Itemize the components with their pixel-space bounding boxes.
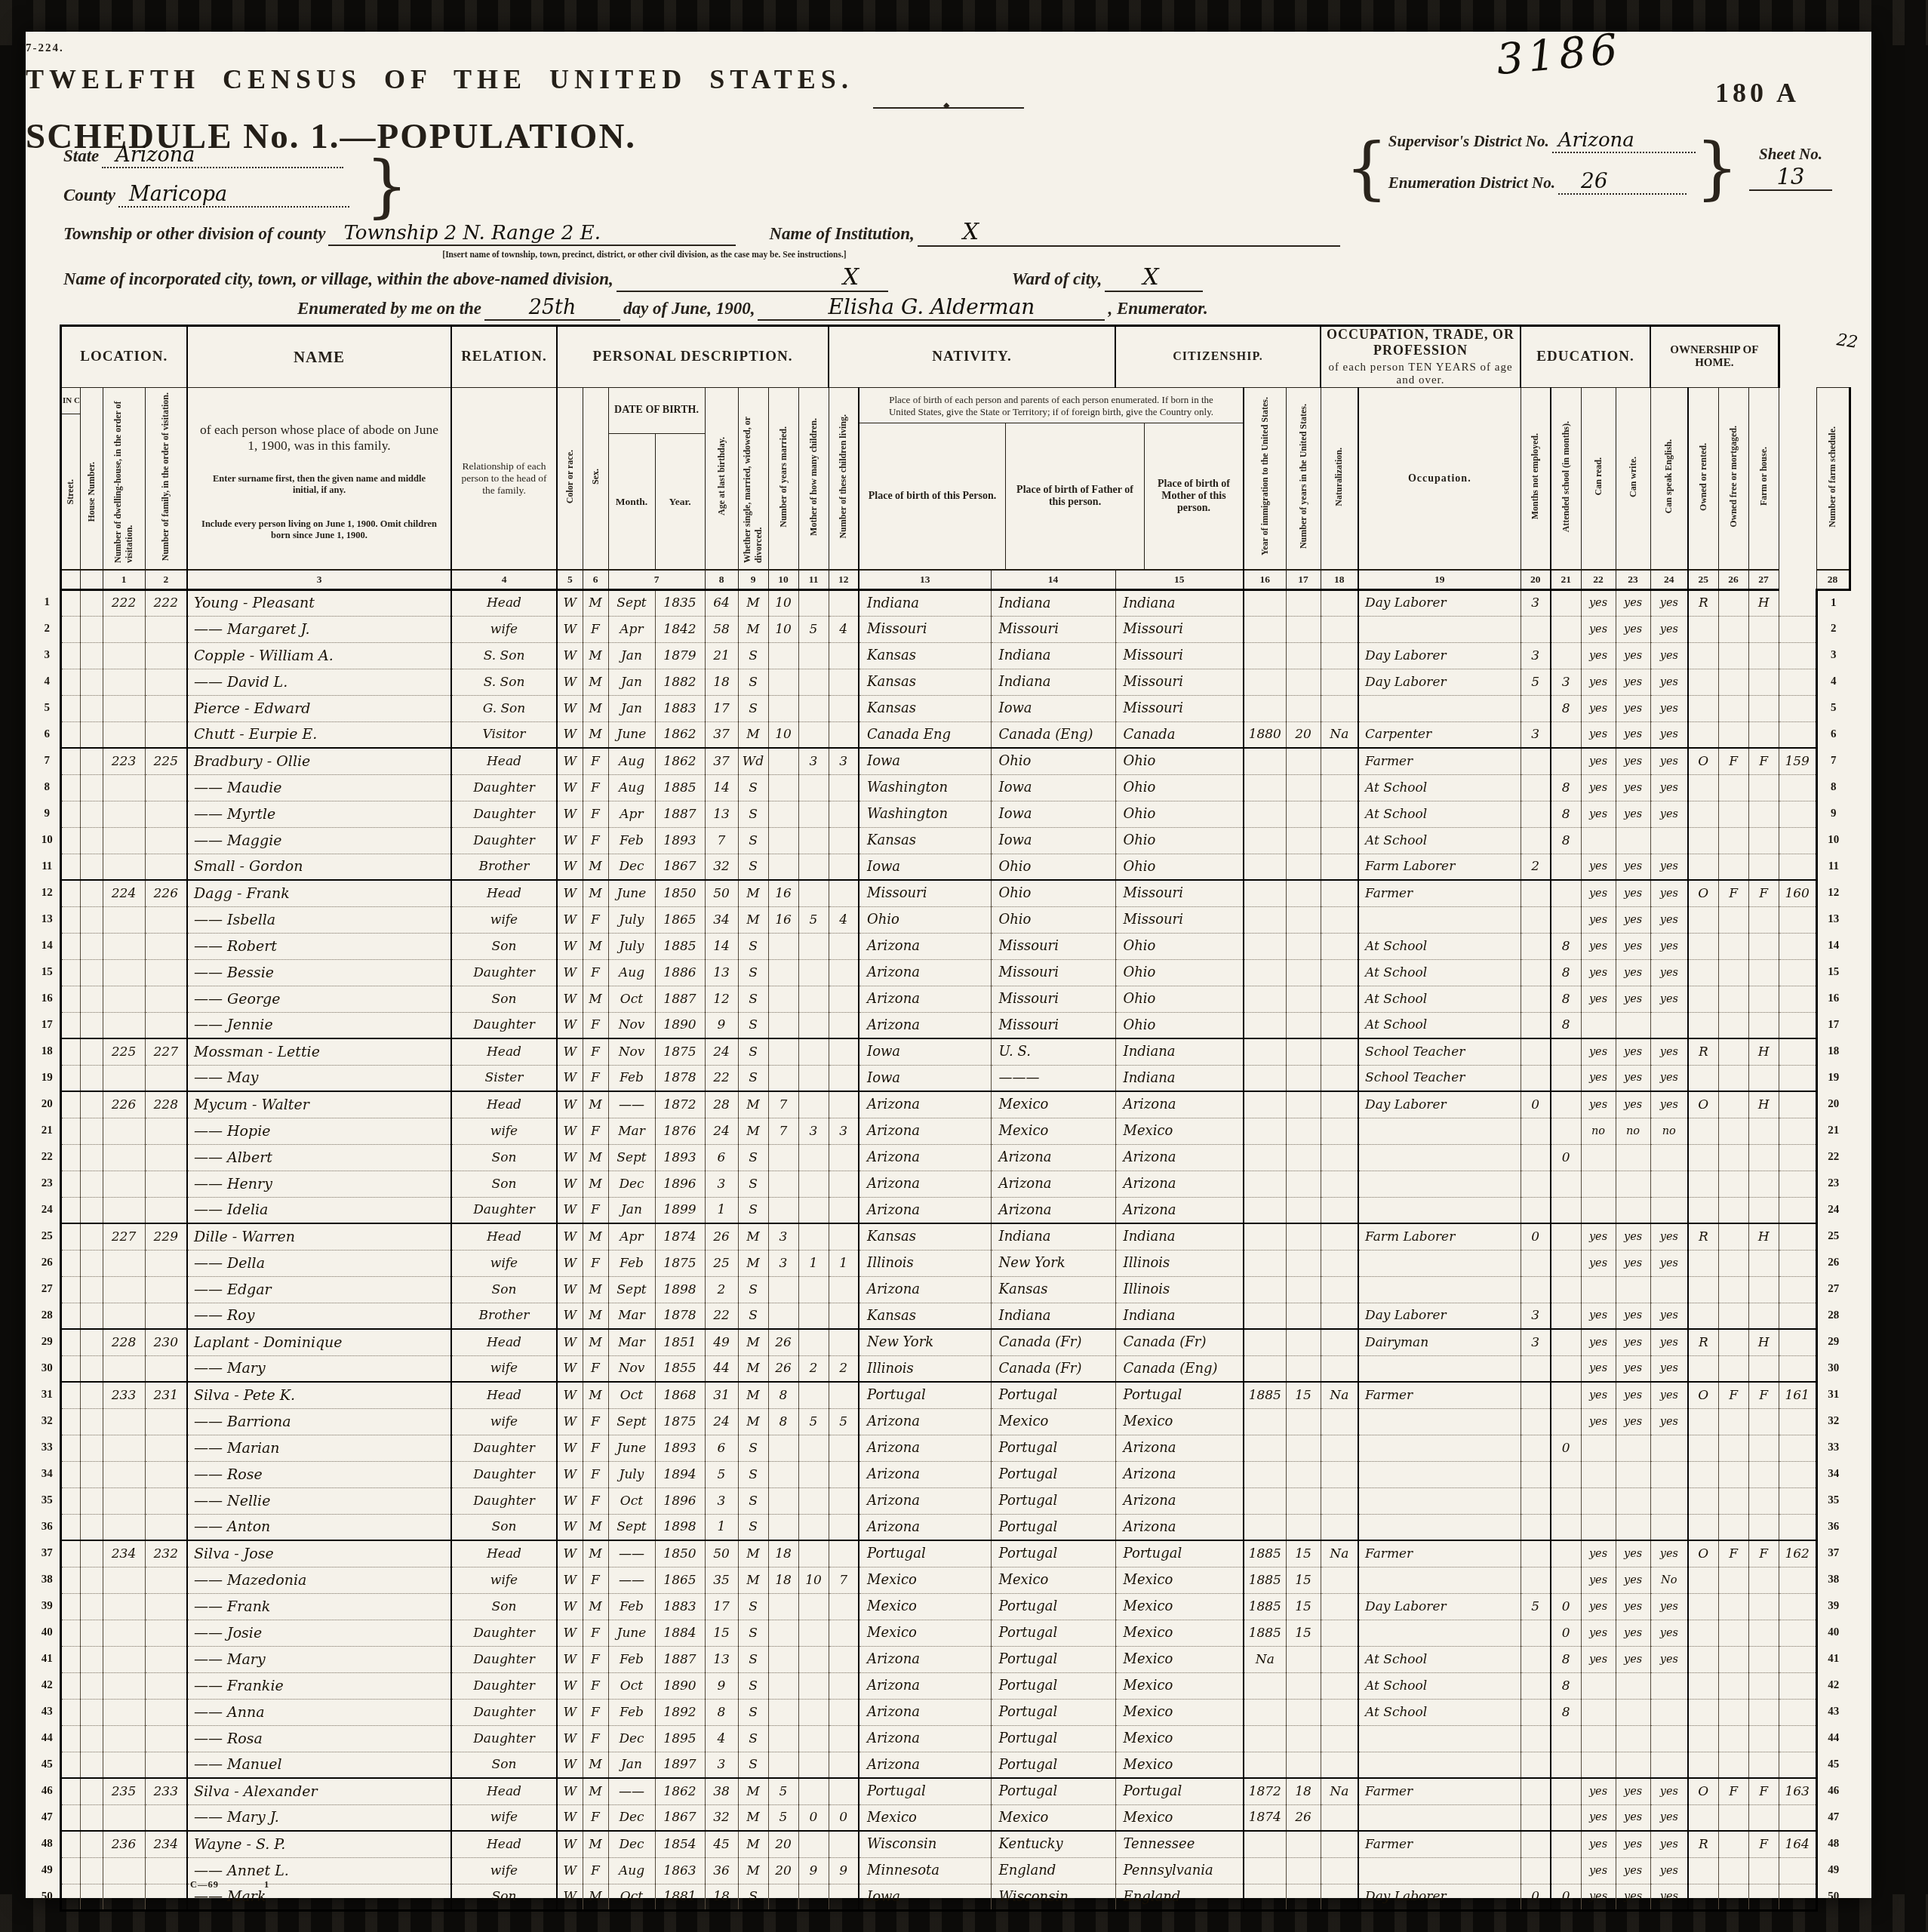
can-read-cell: yes bbox=[1581, 589, 1616, 616]
free-mortgaged-cell bbox=[1718, 1329, 1748, 1355]
farm-house-cell bbox=[1748, 1435, 1779, 1461]
mother-of-children-cell bbox=[798, 933, 829, 959]
attended-school-cell bbox=[1551, 748, 1581, 774]
mother-birthplace-cell: Missouri bbox=[1115, 616, 1244, 642]
farm-schedule-cell bbox=[1779, 1171, 1816, 1197]
free-mortgaged-cell bbox=[1718, 1065, 1748, 1091]
years-married-cell bbox=[768, 695, 798, 721]
years-in-us-cell bbox=[1286, 1672, 1321, 1699]
house-number-cell bbox=[80, 748, 103, 774]
immigration-year-cell: 1874 bbox=[1244, 1804, 1286, 1831]
occupation-cell: Carpenter bbox=[1358, 721, 1521, 748]
farm-schedule-cell bbox=[1779, 1408, 1816, 1435]
occupation-cell bbox=[1358, 1250, 1521, 1276]
birth-month-cell: Aug bbox=[608, 748, 655, 774]
relation-cell: Head bbox=[451, 589, 557, 616]
birth-month-cell: Oct bbox=[608, 1672, 655, 1699]
family-number-cell bbox=[145, 1276, 187, 1303]
street-cell bbox=[60, 1487, 80, 1514]
mother-birthplace-cell: Portugal bbox=[1115, 1778, 1244, 1804]
sex-cell: M bbox=[583, 669, 608, 695]
immigration-year-cell bbox=[1244, 1672, 1286, 1699]
sex-cell: M bbox=[583, 1514, 608, 1540]
name-cell: Copple - William A. bbox=[187, 642, 451, 669]
dwelling-number-cell bbox=[103, 1672, 145, 1699]
age-cell: 32 bbox=[705, 854, 738, 880]
family-number-cell bbox=[145, 854, 187, 880]
mother-birthplace-cell: Mexico bbox=[1115, 1567, 1244, 1593]
naturalization-cell bbox=[1321, 906, 1358, 933]
can-speak-english-cell: yes bbox=[1650, 721, 1688, 748]
sex-cell: F bbox=[583, 1118, 608, 1144]
farm-house-cell bbox=[1748, 1408, 1779, 1435]
birth-month-cell: —— bbox=[608, 1567, 655, 1593]
house-number-cell bbox=[80, 589, 103, 616]
owned-rented-cell bbox=[1688, 1567, 1718, 1593]
mother-of-children-cell bbox=[798, 1672, 829, 1699]
immigration-year-cell bbox=[1244, 906, 1286, 933]
birthplace-cell: Arizona bbox=[859, 1171, 991, 1197]
dwelling-number-cell bbox=[103, 1752, 145, 1778]
naturalization-cell bbox=[1321, 986, 1358, 1012]
street-cell bbox=[60, 1461, 80, 1487]
name-cell: —— George bbox=[187, 986, 451, 1012]
marital-status-cell: S bbox=[738, 1620, 768, 1646]
years-in-us-cell: 15 bbox=[1286, 1567, 1321, 1593]
attended-school-cell: 8 bbox=[1551, 959, 1581, 986]
attended-school-cell bbox=[1551, 1778, 1581, 1804]
immigration-year-cell bbox=[1244, 1857, 1286, 1884]
col-num-24: 24 bbox=[1650, 570, 1688, 589]
children-living-cell bbox=[829, 1725, 859, 1752]
line-number: 21 bbox=[35, 1118, 60, 1144]
occupation-cell: At School bbox=[1358, 774, 1521, 801]
free-mortgaged-cell bbox=[1718, 1197, 1748, 1223]
dwelling-number-cell: 223 bbox=[103, 748, 145, 774]
table-row: 36—— AntonSonWMSept18981SArizonaPortugal… bbox=[35, 1514, 1850, 1540]
table-row: 44—— RosaDaughterWFDec18954SArizonaPortu… bbox=[35, 1725, 1850, 1752]
attended-school-cell: 8 bbox=[1551, 933, 1581, 959]
marital-status-cell: M bbox=[738, 1223, 768, 1250]
months-not-employed-cell bbox=[1521, 1038, 1551, 1065]
years-in-us-cell bbox=[1286, 616, 1321, 642]
name-cell: —— Frankie bbox=[187, 1672, 451, 1699]
father-birthplace-cell: Arizona bbox=[991, 1171, 1115, 1197]
col-num-9: 9 bbox=[738, 570, 768, 589]
age-cell: 38 bbox=[705, 1778, 738, 1804]
col-header-street: IN CITIES. Street. bbox=[60, 388, 80, 571]
color-race-cell: W bbox=[557, 721, 583, 748]
can-read-cell: yes bbox=[1581, 695, 1616, 721]
marital-status-cell: M bbox=[738, 1540, 768, 1567]
birth-month-cell: Sept bbox=[608, 1276, 655, 1303]
children-living-cell bbox=[829, 695, 859, 721]
naturalization-cell bbox=[1321, 1276, 1358, 1303]
birth-year-cell: 1898 bbox=[655, 1514, 705, 1540]
free-mortgaged-cell bbox=[1718, 1276, 1748, 1303]
months-not-employed-cell bbox=[1521, 1355, 1551, 1382]
can-read-cell bbox=[1581, 1171, 1616, 1197]
col-group-location: LOCATION. bbox=[60, 326, 187, 388]
line-number: 3 bbox=[1816, 642, 1850, 669]
line-number: 17 bbox=[1816, 1012, 1850, 1038]
mother-birthplace-cell: Ohio bbox=[1115, 1012, 1244, 1038]
name-cell: Silva - Pete K. bbox=[187, 1382, 451, 1408]
marital-status-cell: S bbox=[738, 1065, 768, 1091]
name-cell: —— Anna bbox=[187, 1699, 451, 1725]
farm-schedule-cell bbox=[1779, 642, 1816, 669]
col-header-farm-house: Farm or house. bbox=[1748, 388, 1779, 571]
naturalization-cell bbox=[1321, 1857, 1358, 1884]
immigration-year-cell bbox=[1244, 1461, 1286, 1487]
years-in-us-cell bbox=[1286, 1091, 1321, 1118]
color-race-cell: W bbox=[557, 616, 583, 642]
birth-year-cell: 1878 bbox=[655, 1065, 705, 1091]
color-race-cell: W bbox=[557, 1171, 583, 1197]
relation-cell: Head bbox=[451, 748, 557, 774]
age-cell: 36 bbox=[705, 1857, 738, 1884]
birth-month-cell: Jan bbox=[608, 669, 655, 695]
free-mortgaged-cell bbox=[1718, 854, 1748, 880]
can-speak-english-cell bbox=[1650, 1487, 1688, 1514]
birth-year-cell: 1854 bbox=[655, 1831, 705, 1857]
color-race-cell: W bbox=[557, 1250, 583, 1276]
owned-rented-cell bbox=[1688, 616, 1718, 642]
house-number-cell bbox=[80, 1435, 103, 1461]
sex-cell: M bbox=[583, 1223, 608, 1250]
years-married-cell: 5 bbox=[768, 1804, 798, 1831]
can-speak-english-cell: yes bbox=[1650, 959, 1688, 986]
free-mortgaged-cell: F bbox=[1718, 880, 1748, 906]
months-not-employed-cell bbox=[1521, 1118, 1551, 1144]
col-num-3: 3 bbox=[187, 570, 451, 589]
years-in-us-cell bbox=[1286, 1038, 1321, 1065]
can-write-cell bbox=[1616, 1725, 1650, 1752]
city-line: Name of incorporated city, town, or vill… bbox=[63, 264, 1203, 292]
color-race-cell: W bbox=[557, 1884, 583, 1910]
immigration-year-cell bbox=[1244, 1752, 1286, 1778]
naturalization-cell bbox=[1321, 1620, 1358, 1646]
sheet-value: 13 bbox=[1777, 164, 1805, 189]
owned-rented-cell bbox=[1688, 1435, 1718, 1461]
immigration-year-cell bbox=[1244, 1435, 1286, 1461]
marital-status-cell: M bbox=[738, 589, 768, 616]
can-read-cell bbox=[1581, 1699, 1616, 1725]
marital-status-cell: M bbox=[738, 1329, 768, 1355]
table-row: 48236234Wayne - S. P.HeadWMDec185445M20W… bbox=[35, 1831, 1850, 1857]
years-married-cell bbox=[768, 1435, 798, 1461]
dwelling-number-cell bbox=[103, 721, 145, 748]
farm-house-cell bbox=[1748, 1672, 1779, 1699]
dwelling-number-cell bbox=[103, 1276, 145, 1303]
farm-schedule-cell bbox=[1779, 1091, 1816, 1118]
can-write-cell: yes bbox=[1616, 669, 1650, 695]
father-birthplace-cell: Mexico bbox=[991, 1408, 1115, 1435]
years-in-us-cell bbox=[1286, 1250, 1321, 1276]
footer-page: 1 bbox=[264, 1879, 269, 1890]
owned-rented-cell bbox=[1688, 1487, 1718, 1514]
table-row: 18225227Mossman - LettieHeadWFNov187524S… bbox=[35, 1038, 1850, 1065]
occupation-cell: Farmer bbox=[1358, 748, 1521, 774]
birth-month-cell: Jan bbox=[608, 1197, 655, 1223]
owned-rented-cell bbox=[1688, 669, 1718, 695]
can-speak-english-cell: yes bbox=[1650, 616, 1688, 642]
birth-month-cell: —— bbox=[608, 1540, 655, 1567]
free-mortgaged-cell bbox=[1718, 1567, 1748, 1593]
district-brace-left: { bbox=[1345, 128, 1388, 208]
farm-schedule-cell bbox=[1779, 669, 1816, 695]
mother-of-children-cell: 1 bbox=[798, 1250, 829, 1276]
attended-school-cell bbox=[1551, 880, 1581, 906]
street-cell bbox=[60, 1778, 80, 1804]
father-birthplace-cell: Portugal bbox=[991, 1435, 1115, 1461]
owned-rented-cell bbox=[1688, 1355, 1718, 1382]
family-number-cell bbox=[145, 1672, 187, 1699]
dwelling-number-cell: 224 bbox=[103, 880, 145, 906]
line-number: 29 bbox=[35, 1329, 60, 1355]
attended-school-cell bbox=[1551, 1276, 1581, 1303]
years-married-cell: 26 bbox=[768, 1355, 798, 1382]
line-number: 9 bbox=[1816, 801, 1850, 827]
line-number: 31 bbox=[35, 1382, 60, 1408]
col-num-25: 25 bbox=[1688, 570, 1718, 589]
father-birthplace-cell: ——— bbox=[991, 1065, 1115, 1091]
children-living-cell bbox=[829, 1620, 859, 1646]
naturalization-cell bbox=[1321, 1065, 1358, 1091]
months-not-employed-cell: 3 bbox=[1521, 1303, 1551, 1329]
relation-cell: wife bbox=[451, 1408, 557, 1435]
can-speak-english-cell bbox=[1650, 1725, 1688, 1752]
sex-cell: M bbox=[583, 1171, 608, 1197]
years-in-us-cell: 15 bbox=[1286, 1382, 1321, 1408]
owned-rented-cell bbox=[1688, 774, 1718, 801]
years-married-cell: 8 bbox=[768, 1382, 798, 1408]
sex-cell: F bbox=[583, 1408, 608, 1435]
table-row: 3Copple - William A.S. SonWMJan187921SKa… bbox=[35, 642, 1850, 669]
occupation-title: OCCUPATION, TRADE, OR PROFESSION bbox=[1324, 327, 1517, 358]
name-cell: Wayne - S. P. bbox=[187, 1831, 451, 1857]
years-married-cell: 8 bbox=[768, 1408, 798, 1435]
dwelling-number-cell bbox=[103, 959, 145, 986]
line-number: 11 bbox=[1816, 854, 1850, 880]
sex-cell: F bbox=[583, 1250, 608, 1276]
name-cell: —— Maggie bbox=[187, 827, 451, 854]
line-number: 8 bbox=[35, 774, 60, 801]
birth-month-cell: Feb bbox=[608, 827, 655, 854]
farm-schedule-cell bbox=[1779, 589, 1816, 616]
birth-year-cell: 1883 bbox=[655, 1593, 705, 1620]
years-married-cell bbox=[768, 1065, 798, 1091]
birthplace-cell: Arizona bbox=[859, 933, 991, 959]
mother-of-children-cell: 9 bbox=[798, 1857, 829, 1884]
years-in-us-cell: 15 bbox=[1286, 1593, 1321, 1620]
dwelling-number-cell bbox=[103, 774, 145, 801]
mother-of-children-cell: 5 bbox=[798, 906, 829, 933]
line-number: 33 bbox=[1816, 1435, 1850, 1461]
father-birthplace-cell: England bbox=[991, 1857, 1115, 1884]
col-header-years-married: Number of years married. bbox=[768, 388, 798, 571]
line-number: 22 bbox=[35, 1144, 60, 1171]
name-cell: —— Jennie bbox=[187, 1012, 451, 1038]
years-married-cell bbox=[768, 1699, 798, 1725]
father-birthplace-cell: Canada (Fr) bbox=[991, 1355, 1115, 1382]
sex-cell: F bbox=[583, 1620, 608, 1646]
birth-year-cell: 1867 bbox=[655, 854, 705, 880]
months-not-employed-cell: 5 bbox=[1521, 1593, 1551, 1620]
birth-month-cell: Apr bbox=[608, 801, 655, 827]
birth-month-cell: Jan bbox=[608, 695, 655, 721]
can-write-cell: yes bbox=[1616, 1408, 1650, 1435]
color-race-cell: W bbox=[557, 1487, 583, 1514]
name-cell: —— Barriona bbox=[187, 1408, 451, 1435]
marital-status-cell: S bbox=[738, 1461, 768, 1487]
children-living-cell: 5 bbox=[829, 1408, 859, 1435]
occupation-cell: Day Laborer bbox=[1358, 589, 1521, 616]
dwelling-number-cell bbox=[103, 1725, 145, 1752]
farm-house-cell bbox=[1748, 642, 1779, 669]
occupation-cell bbox=[1358, 1725, 1521, 1752]
family-number-cell bbox=[145, 986, 187, 1012]
free-mortgaged-cell bbox=[1718, 906, 1748, 933]
farm-house-cell bbox=[1748, 906, 1779, 933]
street-cell bbox=[60, 1144, 80, 1171]
mother-birthplace-cell: Indiana bbox=[1115, 589, 1244, 616]
table-row: 12224226Dagg - FrankHeadWMJune185050M16M… bbox=[35, 880, 1850, 906]
months-not-employed-cell bbox=[1521, 933, 1551, 959]
months-not-employed-cell: 0 bbox=[1521, 1223, 1551, 1250]
mother-birthplace-cell: Missouri bbox=[1115, 669, 1244, 695]
birthplace-cell: Washington bbox=[859, 801, 991, 827]
farm-house-cell bbox=[1748, 1303, 1779, 1329]
years-in-us-cell bbox=[1286, 827, 1321, 854]
name-cell: —— Marian bbox=[187, 1435, 451, 1461]
occupation-cell: Day Laborer bbox=[1358, 1884, 1521, 1910]
col-num-2: 2 bbox=[145, 570, 187, 589]
father-birthplace-cell: U. S. bbox=[991, 1038, 1115, 1065]
occupation-cell: At School bbox=[1358, 1012, 1521, 1038]
table-row: 22—— AlbertSonWMSept18936SArizonaArizona… bbox=[35, 1144, 1850, 1171]
family-number-cell: 229 bbox=[145, 1223, 187, 1250]
name-cell: —— Mary J. bbox=[187, 1804, 451, 1831]
farm-schedule-cell bbox=[1779, 1487, 1816, 1514]
years-married-cell bbox=[768, 1725, 798, 1752]
mother-birthplace-cell: Indiana bbox=[1115, 1038, 1244, 1065]
dwelling-number-cell bbox=[103, 1461, 145, 1487]
immigration-year-cell bbox=[1244, 1831, 1286, 1857]
occupation-cell: At School bbox=[1358, 1699, 1521, 1725]
owned-rented-cell bbox=[1688, 1303, 1718, 1329]
color-race-cell: W bbox=[557, 774, 583, 801]
can-speak-english-cell: yes bbox=[1650, 986, 1688, 1012]
occupation-cell: At School bbox=[1358, 933, 1521, 959]
years-married-cell: 18 bbox=[768, 1567, 798, 1593]
naturalization-cell: Na bbox=[1321, 721, 1358, 748]
children-living-cell bbox=[829, 589, 859, 616]
birth-year-cell: 1862 bbox=[655, 748, 705, 774]
relation-cell: S. Son bbox=[451, 642, 557, 669]
marital-status-cell: S bbox=[738, 1303, 768, 1329]
years-in-us-cell: 18 bbox=[1286, 1778, 1321, 1804]
line-number: 29 bbox=[1816, 1329, 1850, 1355]
line-number: 44 bbox=[35, 1725, 60, 1752]
occupation-cell bbox=[1358, 1118, 1521, 1144]
naturalization-cell bbox=[1321, 1197, 1358, 1223]
age-cell: 7 bbox=[705, 827, 738, 854]
relation-cell: Head bbox=[451, 1038, 557, 1065]
birth-year-cell: 1897 bbox=[655, 1752, 705, 1778]
line-number: 9 bbox=[35, 801, 60, 827]
years-married-cell bbox=[768, 1646, 798, 1672]
farm-house-cell: H bbox=[1748, 1038, 1779, 1065]
relation-cell: Head bbox=[451, 880, 557, 906]
street-cell bbox=[60, 1223, 80, 1250]
col-num-22: 22 bbox=[1581, 570, 1616, 589]
children-living-cell bbox=[829, 959, 859, 986]
farm-schedule-cell bbox=[1779, 774, 1816, 801]
birthplace-cell: Mexico bbox=[859, 1567, 991, 1593]
can-speak-english-cell: yes bbox=[1650, 748, 1688, 774]
marital-status-cell: S bbox=[738, 1435, 768, 1461]
birth-year-cell: 1892 bbox=[655, 1699, 705, 1725]
immigration-year-cell bbox=[1244, 1514, 1286, 1540]
sex-cell: M bbox=[583, 1593, 608, 1620]
farm-schedule-cell: 159 bbox=[1779, 748, 1816, 774]
farm-house-cell: F bbox=[1748, 1382, 1779, 1408]
family-number-cell: 227 bbox=[145, 1038, 187, 1065]
relation-cell: Son bbox=[451, 1884, 557, 1910]
sex-cell: M bbox=[583, 1091, 608, 1118]
family-number-cell bbox=[145, 774, 187, 801]
naturalization-cell bbox=[1321, 1884, 1358, 1910]
col-header-pob-father: Place of birth of Father of this person. bbox=[1006, 423, 1145, 569]
mother-birthplace-cell: Portugal bbox=[1115, 1382, 1244, 1408]
occupation-cell: Day Laborer bbox=[1358, 1593, 1521, 1620]
mother-birthplace-cell: Mexico bbox=[1115, 1620, 1244, 1646]
can-write-cell: yes bbox=[1616, 1223, 1650, 1250]
can-write-cell: yes bbox=[1616, 1831, 1650, 1857]
dwelling-number-cell: 227 bbox=[103, 1223, 145, 1250]
name-cell: —— Rose bbox=[187, 1461, 451, 1487]
can-write-cell: yes bbox=[1616, 1593, 1650, 1620]
birth-month-cell: Mar bbox=[608, 1329, 655, 1355]
age-cell: 3 bbox=[705, 1752, 738, 1778]
table-row: 35—— NellieDaughterWFOct18963SArizonaPor… bbox=[35, 1487, 1850, 1514]
mother-of-children-cell bbox=[798, 1725, 829, 1752]
mother-of-children-cell bbox=[798, 827, 829, 854]
table-row: 9—— MyrtleDaughterWFApr188713SWashington… bbox=[35, 801, 1850, 827]
farm-schedule-cell bbox=[1779, 1435, 1816, 1461]
occupation-cell: At School bbox=[1358, 1672, 1521, 1699]
family-number-cell bbox=[145, 1355, 187, 1382]
can-write-cell: yes bbox=[1616, 854, 1650, 880]
naturalization-cell bbox=[1321, 1223, 1358, 1250]
can-write-cell: yes bbox=[1616, 959, 1650, 986]
children-living-cell bbox=[829, 669, 859, 695]
street-cell bbox=[60, 1725, 80, 1752]
months-not-employed-cell bbox=[1521, 880, 1551, 906]
naturalization-cell bbox=[1321, 695, 1358, 721]
age-cell: 35 bbox=[705, 1567, 738, 1593]
can-read-cell: yes bbox=[1581, 1540, 1616, 1567]
dwelling-number-cell bbox=[103, 1408, 145, 1435]
line-number: 2 bbox=[1816, 616, 1850, 642]
relation-cell: Son bbox=[451, 1593, 557, 1620]
marital-status-cell: S bbox=[738, 1514, 768, 1540]
occupation-cell: Farm Laborer bbox=[1358, 1223, 1521, 1250]
age-cell: 24 bbox=[705, 1118, 738, 1144]
col-num-19: 19 bbox=[1358, 570, 1521, 589]
birthplace-cell: Arizona bbox=[859, 959, 991, 986]
